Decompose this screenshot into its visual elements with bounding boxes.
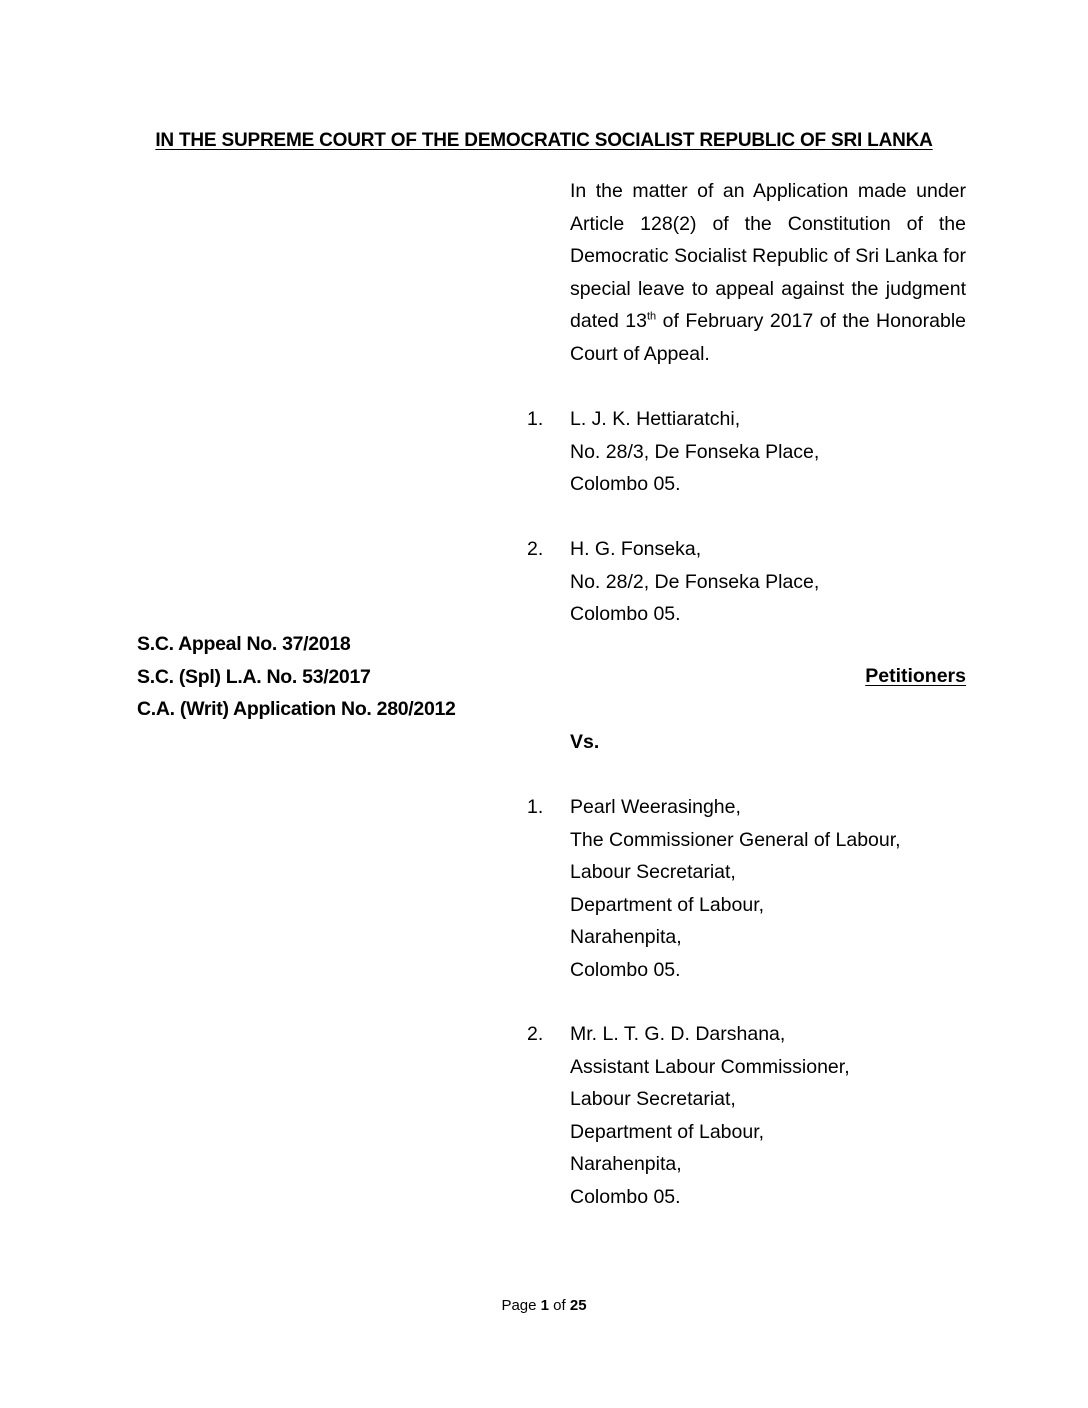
party-address-line: Narahenpita, (570, 1148, 850, 1181)
party-name: Pearl Weerasinghe, (570, 791, 901, 824)
page-of: of (549, 1297, 570, 1314)
party-address-line: The Commissioner General of Labour, (570, 824, 901, 857)
party-address-line: Colombo 05. (570, 1181, 850, 1214)
party-address-line: No. 28/3, De Fonseka Place, (570, 436, 819, 469)
party-address-line: Colombo 05. (570, 954, 901, 987)
page-prefix: Page (501, 1297, 540, 1314)
case-number-spl-la: S.C. (Spl) L.A. No. 53/2017 (137, 661, 456, 694)
case-number-ca-writ: C.A. (Writ) Application No. 280/2012 (137, 693, 456, 726)
document-page: IN THE SUPREME COURT OF THE DEMOCRATIC S… (0, 0, 1088, 1408)
respondent-1: 1. Pearl Weerasinghe, The Commissioner G… (527, 791, 901, 986)
page-footer: Page 1 of 25 (0, 1297, 1088, 1314)
court-title: IN THE SUPREME COURT OF THE DEMOCRATIC S… (0, 130, 1088, 152)
case-number-sc-appeal: S.C. Appeal No. 37/2018 (137, 628, 456, 661)
party-address-line: Labour Secretariat, (570, 856, 901, 889)
petitioner-2: 2. H. G. Fonseka, No. 28/2, De Fonseka P… (527, 533, 819, 631)
party-address-line: No. 28/2, De Fonseka Place, (570, 566, 819, 599)
party-number: 2. (527, 533, 543, 566)
case-numbers: S.C. Appeal No. 37/2018 S.C. (Spl) L.A. … (137, 628, 456, 726)
petitioners-label: Petitioners (865, 660, 966, 693)
page-current: 1 (541, 1297, 549, 1314)
party-number: 1. (527, 403, 543, 436)
preamble-superscript: th (647, 311, 656, 323)
party-address-line: Colombo 05. (570, 468, 819, 501)
party-address-line: Department of Labour, (570, 889, 901, 922)
party-number: 2. (527, 1018, 543, 1051)
versus-label: Vs. (570, 726, 599, 759)
party-address-line: Colombo 05. (570, 598, 819, 631)
party-name: Mr. L. T. G. D. Darshana, (570, 1018, 850, 1051)
party-address-line: Assistant Labour Commissioner, (570, 1051, 850, 1084)
petitioner-1: 1. L. J. K. Hettiaratchi, No. 28/3, De F… (527, 403, 819, 501)
party-name: H. G. Fonseka, (570, 533, 819, 566)
page-total: 25 (570, 1297, 587, 1314)
party-name: L. J. K. Hettiaratchi, (570, 403, 819, 436)
application-preamble: In the matter of an Application made und… (570, 175, 966, 370)
party-address-line: Labour Secretariat, (570, 1083, 850, 1116)
respondent-2: 2. Mr. L. T. G. D. Darshana, Assistant L… (527, 1018, 850, 1213)
party-address-line: Narahenpita, (570, 921, 901, 954)
party-number: 1. (527, 791, 543, 824)
party-address-line: Department of Labour, (570, 1116, 850, 1149)
